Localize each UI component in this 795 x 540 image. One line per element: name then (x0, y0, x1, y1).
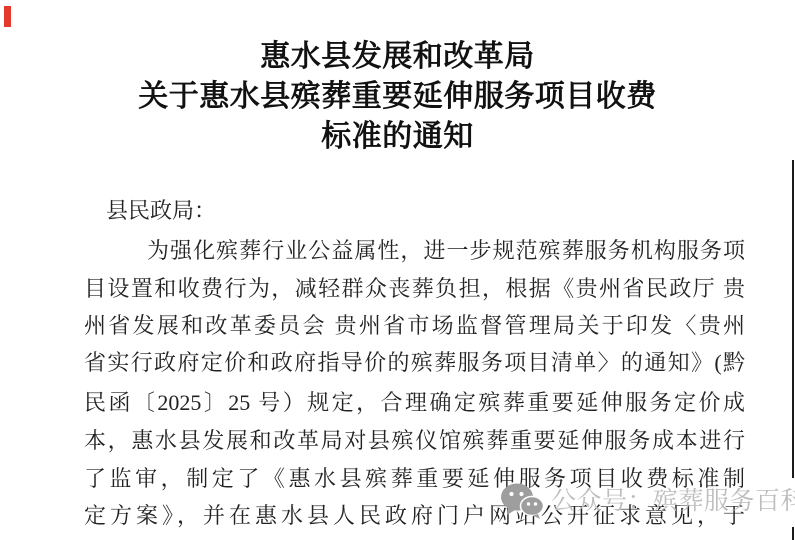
body-line: 民函〔2025〕25 号）规定，合理确定殡葬重要延伸服务定价成 (84, 383, 745, 423)
document-title-line-3: 标准的通知 (0, 117, 795, 157)
page-edge-line (792, 160, 794, 478)
document-title-line-2: 关于惠水县殡葬重要延伸服务项目收费 (0, 77, 795, 117)
document-title-line-1: 惠水县发展和改革局 (0, 37, 795, 77)
page-edge-line (792, 527, 794, 540)
body-line: 为强化殡葬行业公益属性，进一步规范殡葬服务机构服务项 (147, 231, 745, 271)
watermark-text: 公众号：殡葬服务百科 (551, 482, 795, 520)
body-line: 省实行政府定价和政府指导价的殡葬服务项目清单〉的通知》(黔 (84, 343, 745, 383)
body-line: 州省发展和改革委员会 贵州省市场监督管理局关于印发〈贵州 (84, 306, 745, 346)
body-line: 本，惠水县发展和改革局对县殡仪馆殡葬重要延伸服务成本进行 (84, 421, 745, 461)
red-corner-marker (4, 6, 11, 27)
salutation: 县民政局： (106, 191, 216, 231)
wechat-icon (500, 482, 544, 520)
document-page: { "page": { "background": "#ffffff", "te… (0, 0, 795, 540)
watermark: 公众号：殡葬服务百科 (500, 482, 795, 520)
body-line: 目设置和收费行为，减轻群众丧葬负担，根据《贵州省民政厅 贵 (84, 269, 745, 309)
